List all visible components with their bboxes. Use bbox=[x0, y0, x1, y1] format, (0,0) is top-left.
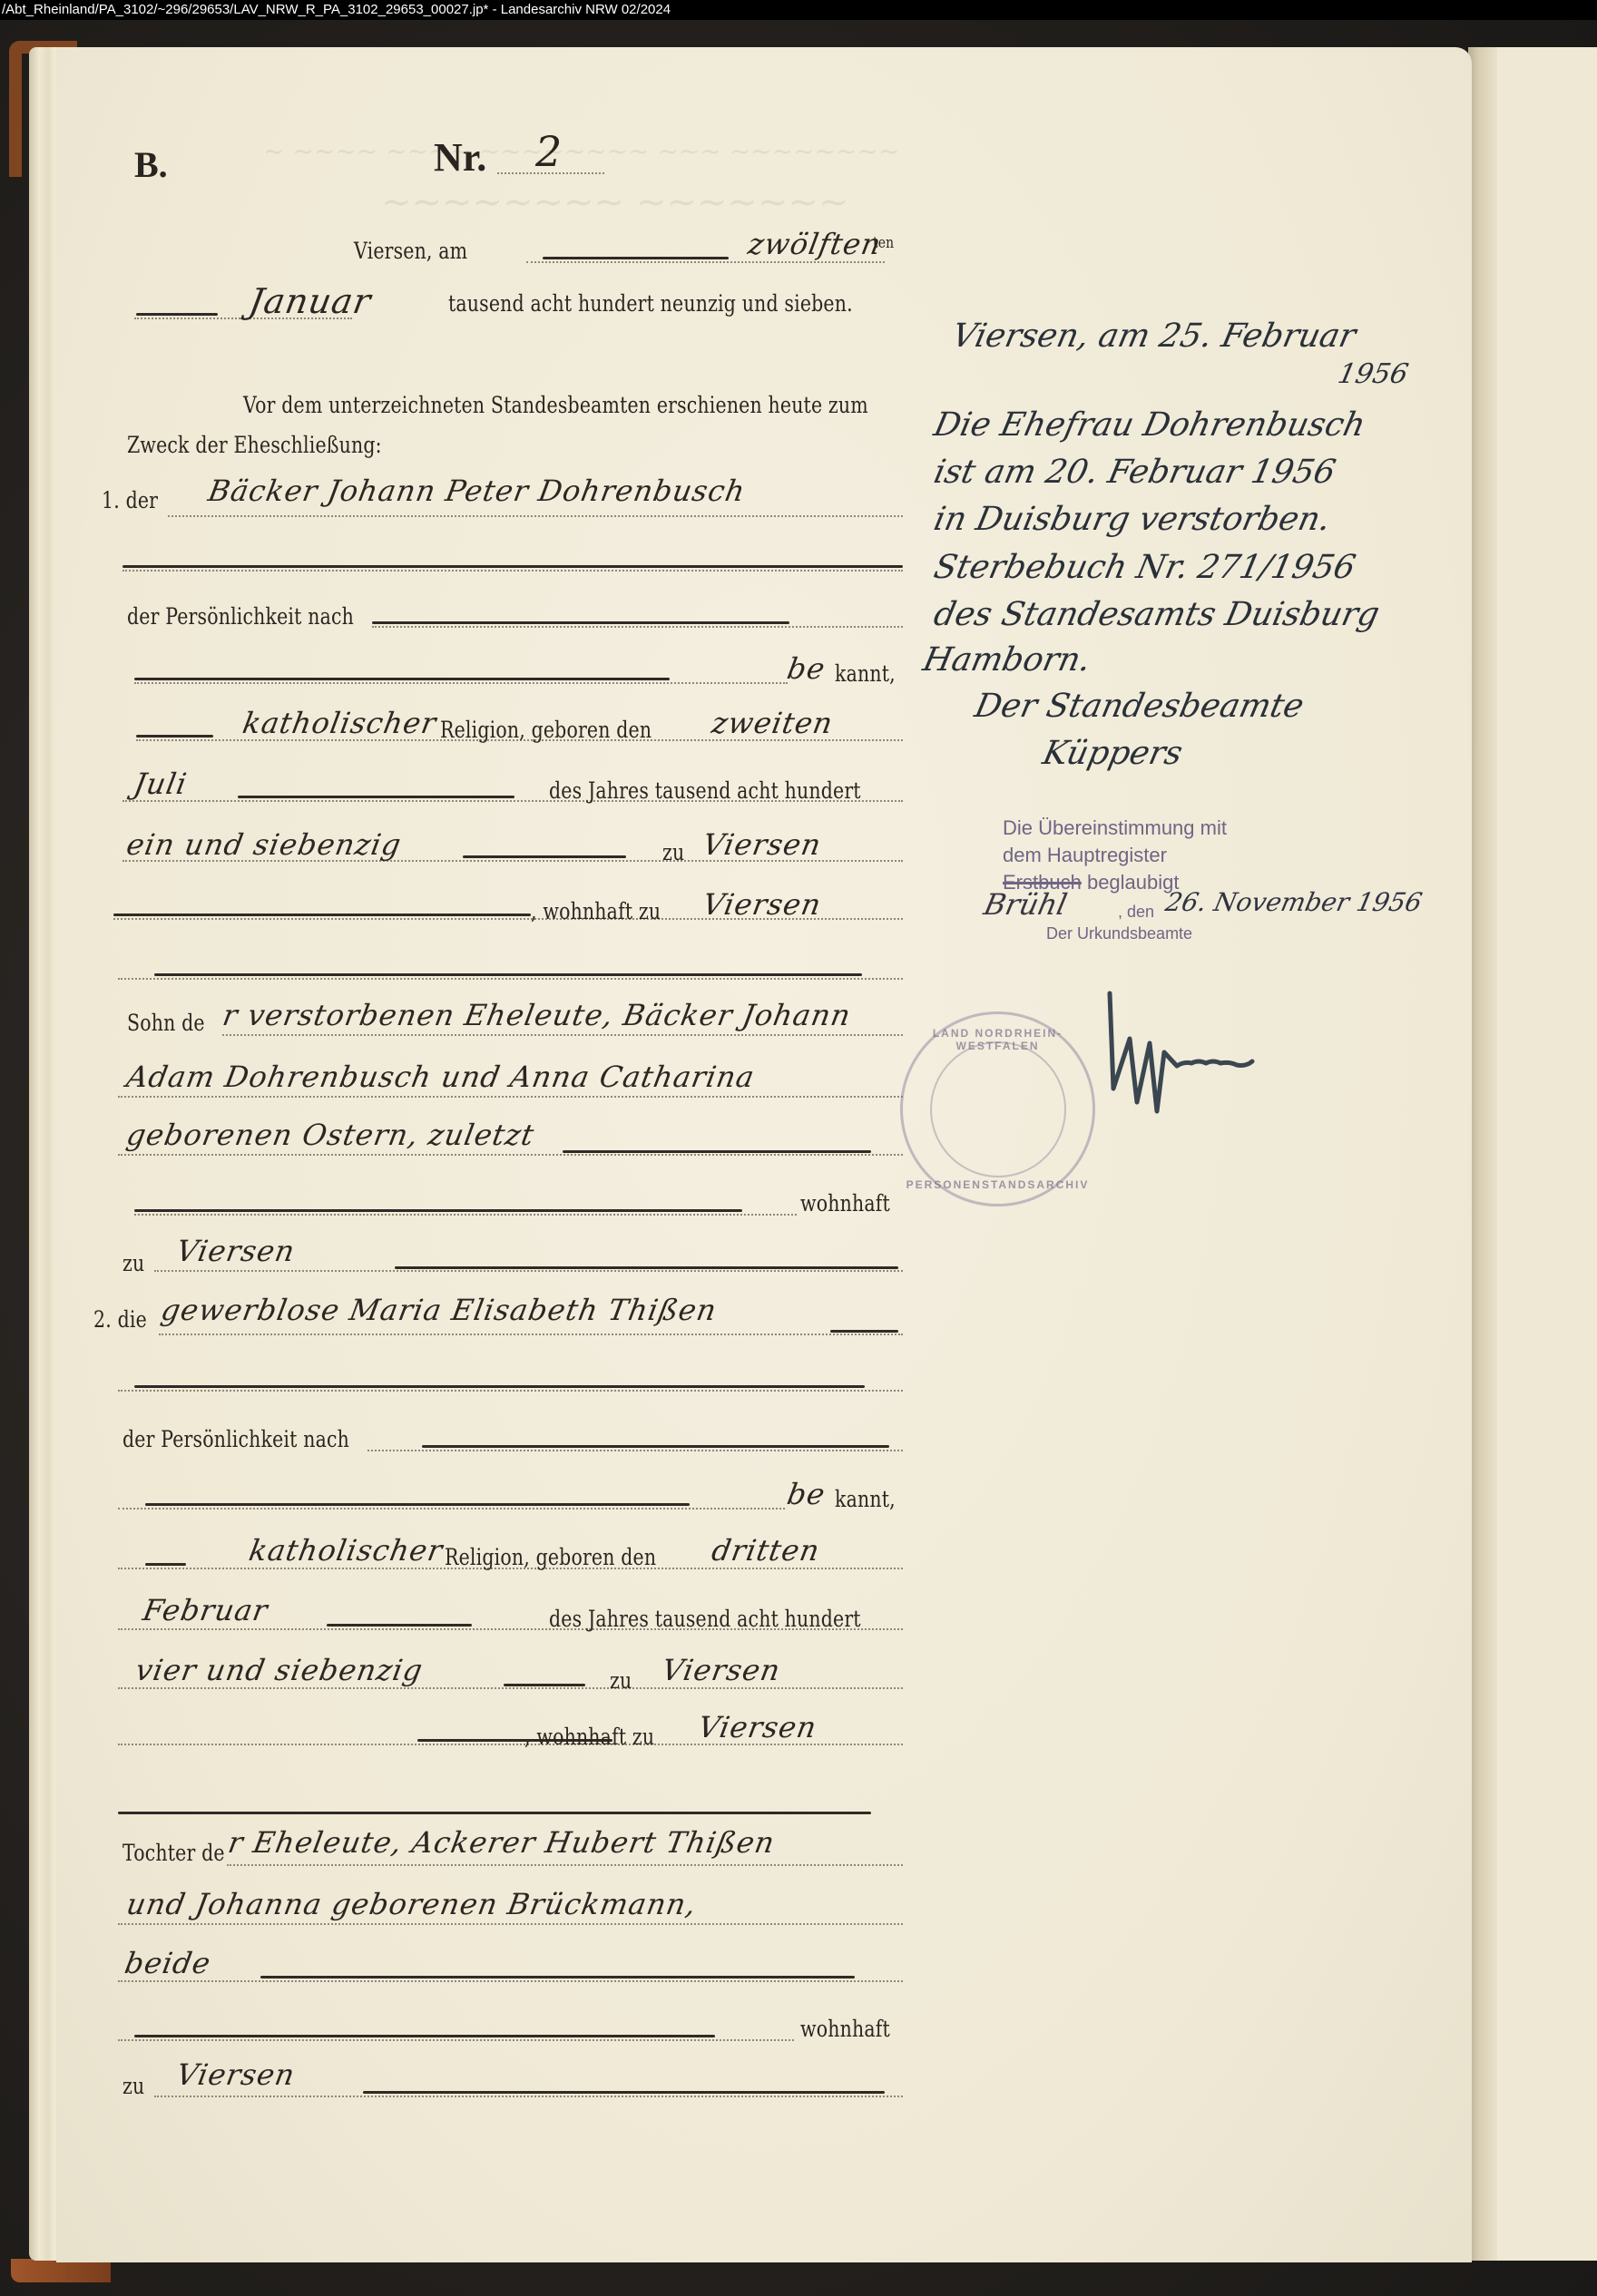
groom-name: Bäcker Johann Peter Dohrenbusch bbox=[206, 474, 749, 508]
window-title-bar: /Abt_Rheinland/PA_3102/~296/29653/LAV_NR… bbox=[0, 0, 1597, 20]
seal-text-bottom: PERSONENSTANDSARCHIV bbox=[903, 1178, 1092, 1191]
bride-birth-day: dritten bbox=[710, 1533, 823, 1568]
groom-parents-zu-label: zu bbox=[122, 1250, 144, 1276]
groom-year-label: des Jahres tausend acht hundert bbox=[549, 777, 861, 804]
bride-year-label: des Jahres tausend acht hundert bbox=[549, 1606, 861, 1632]
stamp-date: 26. November 1956 bbox=[1162, 887, 1425, 917]
fill-dash bbox=[145, 1503, 690, 1506]
groom-residence-label: , wohnhaft zu bbox=[531, 898, 661, 924]
groom-birth-day: zweiten bbox=[710, 706, 837, 740]
fill-dash bbox=[543, 257, 729, 259]
section-letter: B. bbox=[134, 143, 168, 186]
fill-dash bbox=[154, 973, 862, 976]
groom-parents-label: Sohn de bbox=[127, 1010, 205, 1036]
groom-residence: Viersen bbox=[701, 887, 825, 922]
stamp-signer-label: Der Urkundsbeamte bbox=[1046, 925, 1192, 942]
groom-parents-residence-label: wohnhaft bbox=[800, 1190, 890, 1216]
record-number-label: Nr. bbox=[434, 134, 486, 181]
groom-known-prefix: be bbox=[785, 651, 828, 686]
handwritten-month: Januar bbox=[246, 281, 374, 321]
official-signature-icon bbox=[1093, 989, 1275, 1116]
fill-dash bbox=[122, 565, 903, 568]
intro-line-1: Vor dem unterzeichneten Standesbeamten e… bbox=[243, 392, 868, 418]
fill-dash bbox=[118, 1812, 871, 1814]
groom-birthplace-label: zu bbox=[662, 839, 684, 865]
groom-parents-line-2: Adam Dohrenbusch und Anna Catharina bbox=[124, 1060, 758, 1094]
bride-parents-residence: Viersen bbox=[174, 2057, 299, 2092]
fill-dash bbox=[363, 2091, 885, 2094]
bride-religion: katholischer bbox=[247, 1533, 446, 1568]
bride-birthplace-label: zu bbox=[610, 1667, 632, 1694]
bride-parents-line-3: beide bbox=[122, 1946, 214, 1980]
bride-residence-label: , wohnhaft zu bbox=[524, 1724, 654, 1750]
groom-parents-line-1: r verstorbenen Eheleute, Bäcker Johann bbox=[220, 998, 854, 1032]
dotted-line bbox=[168, 515, 903, 517]
fill-dash bbox=[260, 1976, 855, 1978]
dotted-line bbox=[154, 1270, 903, 1272]
dotted-line bbox=[497, 172, 604, 174]
record-number-value: 2 bbox=[535, 127, 562, 176]
annotation-line: des Standesamts Duisburg bbox=[931, 596, 1383, 633]
seal-coat-of-arms bbox=[930, 1041, 1066, 1177]
day-suffix: ten bbox=[873, 234, 894, 252]
groom-religion: katholischer bbox=[240, 706, 440, 740]
dotted-line bbox=[118, 1508, 785, 1509]
annotation-line: ist am 20. Februar 1956 bbox=[931, 454, 1339, 491]
dotted-line bbox=[222, 1034, 903, 1036]
bride-parents-residence-label: wohnhaft bbox=[800, 2016, 890, 2042]
annotation-line: Sterbebuch Nr. 271/1956 bbox=[931, 549, 1359, 586]
dotted-line bbox=[118, 2039, 794, 2041]
annotation-line: 1956 bbox=[1335, 358, 1411, 390]
groom-religion-label: Religion, geboren den bbox=[440, 717, 652, 743]
fill-dash bbox=[463, 855, 626, 858]
dotted-line bbox=[118, 1687, 903, 1689]
bride-religion-label: Religion, geboren den bbox=[445, 1544, 656, 1570]
bride-parents-label: Tochter de bbox=[122, 1840, 225, 1866]
fill-dash bbox=[145, 1563, 186, 1566]
fill-dash bbox=[504, 1684, 585, 1686]
bride-birth-year: vier und siebenzig bbox=[133, 1653, 426, 1687]
fill-dash bbox=[830, 1330, 898, 1333]
annotation-line: Die Ehefrau Dohrenbusch bbox=[931, 406, 1369, 444]
fill-dash bbox=[372, 621, 789, 624]
bride-parents-line-1: r Eheleute, Ackerer Hubert Thißen bbox=[226, 1825, 778, 1860]
groom-number-label: 1. der bbox=[102, 487, 158, 513]
bride-number-label: 2. die bbox=[93, 1306, 147, 1333]
groom-parents-residence: Viersen bbox=[174, 1234, 299, 1268]
groom-parents-line-3: geborenen Ostern, zuletzt bbox=[124, 1118, 537, 1152]
fill-dash bbox=[238, 796, 514, 798]
place-label: Viersen, am bbox=[354, 238, 467, 264]
annotation-line: Der Standesbeamte bbox=[972, 688, 1308, 725]
dotted-line bbox=[118, 1980, 903, 1982]
fill-dash bbox=[327, 1624, 472, 1627]
groom-birth-month: Juli bbox=[132, 767, 191, 801]
facing-page bbox=[1497, 47, 1597, 2261]
fill-dash bbox=[395, 1266, 898, 1269]
handwritten-day: zwölften bbox=[746, 227, 885, 261]
fill-dash bbox=[563, 1150, 871, 1153]
dotted-line bbox=[118, 1390, 903, 1392]
stamp-line: dem Hauptregister bbox=[1003, 845, 1167, 865]
dotted-line bbox=[122, 570, 903, 572]
groom-known-label: kannt, bbox=[835, 660, 896, 687]
groom-identity-label: der Persönlichkeit nach bbox=[127, 603, 354, 630]
official-seal: LAND NORDRHEIN-WESTFALEN PERSONENSTANDSA… bbox=[900, 1011, 1095, 1207]
stamp-den-label: , den bbox=[1118, 904, 1154, 920]
intro-line-2: Zweck der Eheschließung: bbox=[127, 432, 382, 458]
fill-dash bbox=[134, 1209, 742, 1212]
bride-known-label: kannt, bbox=[835, 1486, 896, 1512]
groom-birth-year: ein und siebenzig bbox=[124, 827, 405, 862]
bleed-through-text: ~~~~~~~~ ~~~~~~~ bbox=[381, 181, 848, 223]
annotation-line: Hamborn. bbox=[920, 641, 1094, 679]
bride-parents-line-2: und Johanna geborenen Brückmann, bbox=[124, 1887, 700, 1921]
dotted-line bbox=[118, 1923, 903, 1925]
dotted-line bbox=[134, 682, 788, 684]
dotted-line bbox=[159, 1334, 903, 1335]
bride-residence: Viersen bbox=[696, 1710, 820, 1744]
fill-dash bbox=[422, 1445, 889, 1448]
bride-identity-label: der Persönlichkeit nach bbox=[122, 1426, 349, 1452]
stamp-line: beglaubigt bbox=[1087, 871, 1180, 894]
dotted-line bbox=[134, 1214, 797, 1216]
fill-dash bbox=[113, 914, 531, 916]
dotted-line bbox=[118, 1096, 903, 1098]
bride-name: gewerblose Maria Elisabeth Thißen bbox=[159, 1293, 720, 1327]
window-title: /Abt_Rheinland/PA_3102/~296/29653/LAV_NR… bbox=[2, 2, 671, 17]
fill-dash bbox=[134, 2035, 715, 2037]
dotted-line bbox=[154, 2096, 903, 2097]
bride-birthplace: Viersen bbox=[660, 1653, 784, 1687]
bride-birth-month: Februar bbox=[141, 1593, 271, 1627]
dotted-line bbox=[367, 1450, 903, 1451]
stamp-place: Brühl bbox=[981, 887, 1070, 922]
dotted-line bbox=[227, 1864, 903, 1866]
fill-dash bbox=[136, 313, 218, 316]
fill-dash bbox=[136, 735, 213, 738]
fill-dash bbox=[134, 678, 670, 680]
stamp-line: Die Übereinstimmung mit bbox=[1003, 818, 1227, 838]
dotted-line bbox=[118, 1154, 903, 1156]
book-gutter bbox=[1468, 47, 1501, 2261]
bleed-through-text: ~ ~~~~ ~~~~ ~~~~~~~~ ~~~ ~~~~~~~~ bbox=[263, 136, 899, 166]
bride-known-prefix: be bbox=[785, 1477, 828, 1511]
bride-parents-zu-label: zu bbox=[122, 2073, 144, 2099]
annotation-signature: Küppers bbox=[1040, 735, 1186, 772]
annotation-line: Viersen, am 25. Februar bbox=[949, 318, 1359, 355]
annotation-line: in Duisburg verstorben. bbox=[931, 501, 1334, 538]
fill-dash bbox=[134, 1385, 865, 1388]
groom-birthplace: Viersen bbox=[701, 827, 825, 862]
dotted-line bbox=[526, 261, 885, 263]
year-text: tausend acht hundert neunzig und sieben. bbox=[448, 290, 853, 317]
dotted-line bbox=[118, 978, 903, 980]
dotted-line bbox=[372, 626, 903, 628]
